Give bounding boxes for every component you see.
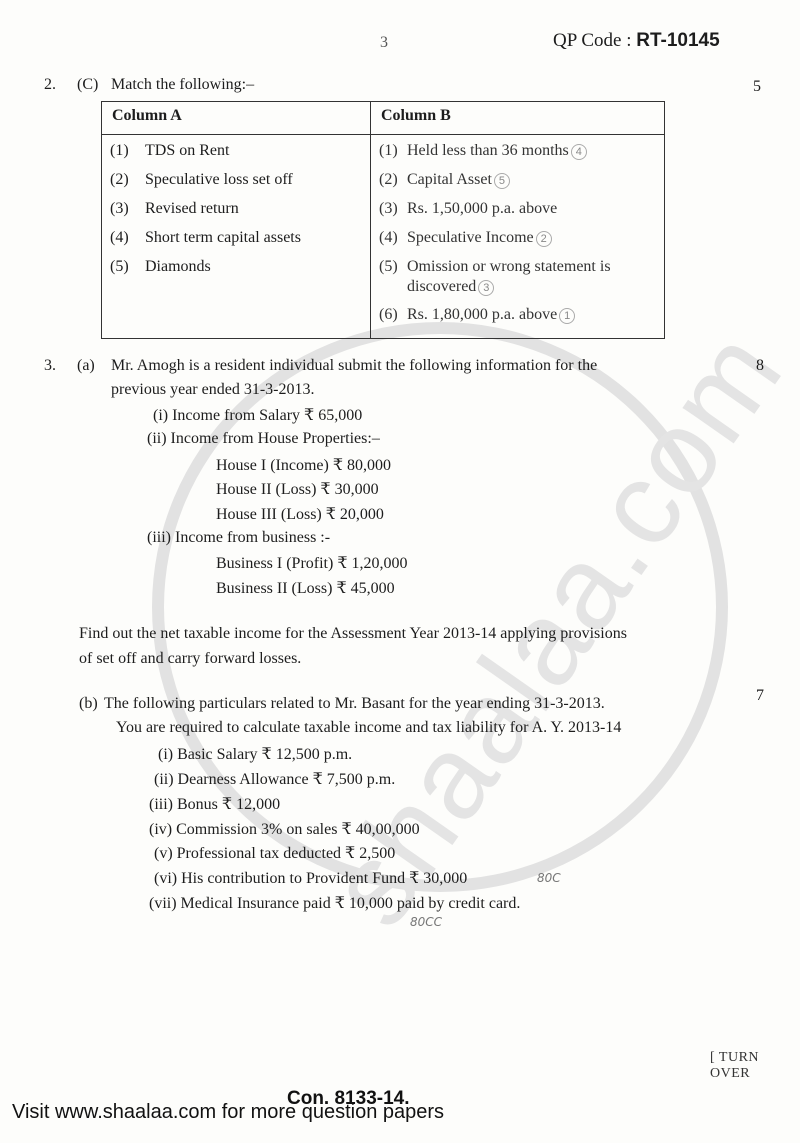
list-item: (vi) His contribution to Provident Fund … <box>154 868 467 888</box>
question-marks: 8 <box>756 357 764 375</box>
column-a-cell: (1)TDS on Rent (2)Speculative loss set o… <box>102 135 371 339</box>
column-a-item: (5)Diamonds <box>110 257 370 286</box>
list-item: House I (Income) ₹ 80,000 <box>216 455 391 475</box>
match-table: Column A Column B (1)TDS on Rent (2)Spec… <box>101 101 665 339</box>
annotation-mark: 3 <box>478 280 494 296</box>
column-a-item: (3)Revised return <box>110 199 370 228</box>
list-item: (v) Professional tax deducted ₹ 2,500 <box>154 843 395 863</box>
question-part: (a) <box>77 357 95 375</box>
list-item: (iii) Bonus ₹ 12,000 <box>149 794 280 814</box>
question-text: previous year ended 31-3-2013. <box>111 381 315 399</box>
page-number: 3 <box>380 34 388 52</box>
instruction-text: of set off and carry forward losses. <box>79 650 301 668</box>
column-b-header: Column B <box>371 102 665 135</box>
qp-code-label: QP Code : <box>553 30 631 51</box>
column-b-item: (3)Rs. 1,50,000 p.a. above <box>379 199 664 228</box>
question-text: You are required to calculate taxable in… <box>116 719 621 737</box>
visit-link[interactable]: Visit www.shaalaa.com for more question … <box>12 1101 444 1124</box>
list-item: (iv) Commission 3% on sales ₹ 40,00,000 <box>149 819 420 839</box>
list-item: (ii) Dearness Allowance ₹ 7,500 p.m. <box>154 769 395 789</box>
handwritten-note: 80CC <box>410 915 442 929</box>
annotation-mark: 1 <box>559 308 575 324</box>
column-b-item: (1)Held less than 36 months4 <box>379 141 664 170</box>
column-a-header: Column A <box>102 102 371 135</box>
list-item: (vii) Medical Insurance paid ₹ 10,000 pa… <box>149 893 520 913</box>
question-number: 2. <box>44 76 56 94</box>
question-text: The following particulars related to Mr.… <box>104 695 605 713</box>
annotation-mark: 2 <box>536 231 552 247</box>
list-item: (iii) Income from business :- <box>147 529 330 547</box>
list-item: (i) Basic Salary ₹ 12,500 p.m. <box>158 744 352 764</box>
annotation-mark: 5 <box>494 173 510 189</box>
column-b-item: (2)Capital Asset5 <box>379 170 664 199</box>
column-a-item: (4)Short term capital assets <box>110 228 370 257</box>
question-prompt: Match the following:– <box>111 76 254 94</box>
list-item: (ii) Income from House Properties:– <box>147 430 380 448</box>
list-item: (i) Income from Salary ₹ 65,000 <box>153 405 362 425</box>
qp-code: QP Code : RT-10145 <box>553 30 720 52</box>
column-b-cell: (1)Held less than 36 months4 (2)Capital … <box>371 135 665 339</box>
instruction-text: Find out the net taxable income for the … <box>79 625 627 643</box>
column-a-item: (2)Speculative loss set off <box>110 170 370 199</box>
column-a-item: (1)TDS on Rent <box>110 141 370 170</box>
annotation-mark: 4 <box>571 144 587 160</box>
handwritten-note: 80C <box>537 871 561 885</box>
question-number: 3. <box>44 357 56 375</box>
column-b-item: (4)Speculative Income2 <box>379 228 664 257</box>
list-item: Business II (Loss) ₹ 45,000 <box>216 578 395 598</box>
question-text: Mr. Amogh is a resident individual submi… <box>111 357 597 375</box>
question-part: (b) <box>79 695 98 713</box>
question-marks: 5 <box>753 78 761 96</box>
list-item: Business I (Profit) ₹ 1,20,000 <box>216 553 408 573</box>
column-b-item: (5)Omission or wrong statement isdiscove… <box>379 257 664 305</box>
list-item: House III (Loss) ₹ 20,000 <box>216 504 384 524</box>
column-b-item: (6)Rs. 1,80,000 p.a. above1 <box>379 305 664 334</box>
question-part: (C) <box>77 76 98 94</box>
list-item: House II (Loss) ₹ 30,000 <box>216 479 379 499</box>
question-marks: 7 <box>756 687 764 705</box>
turn-over: [ TURN OVER <box>710 1050 800 1082</box>
qp-code-value: RT-10145 <box>636 30 719 51</box>
